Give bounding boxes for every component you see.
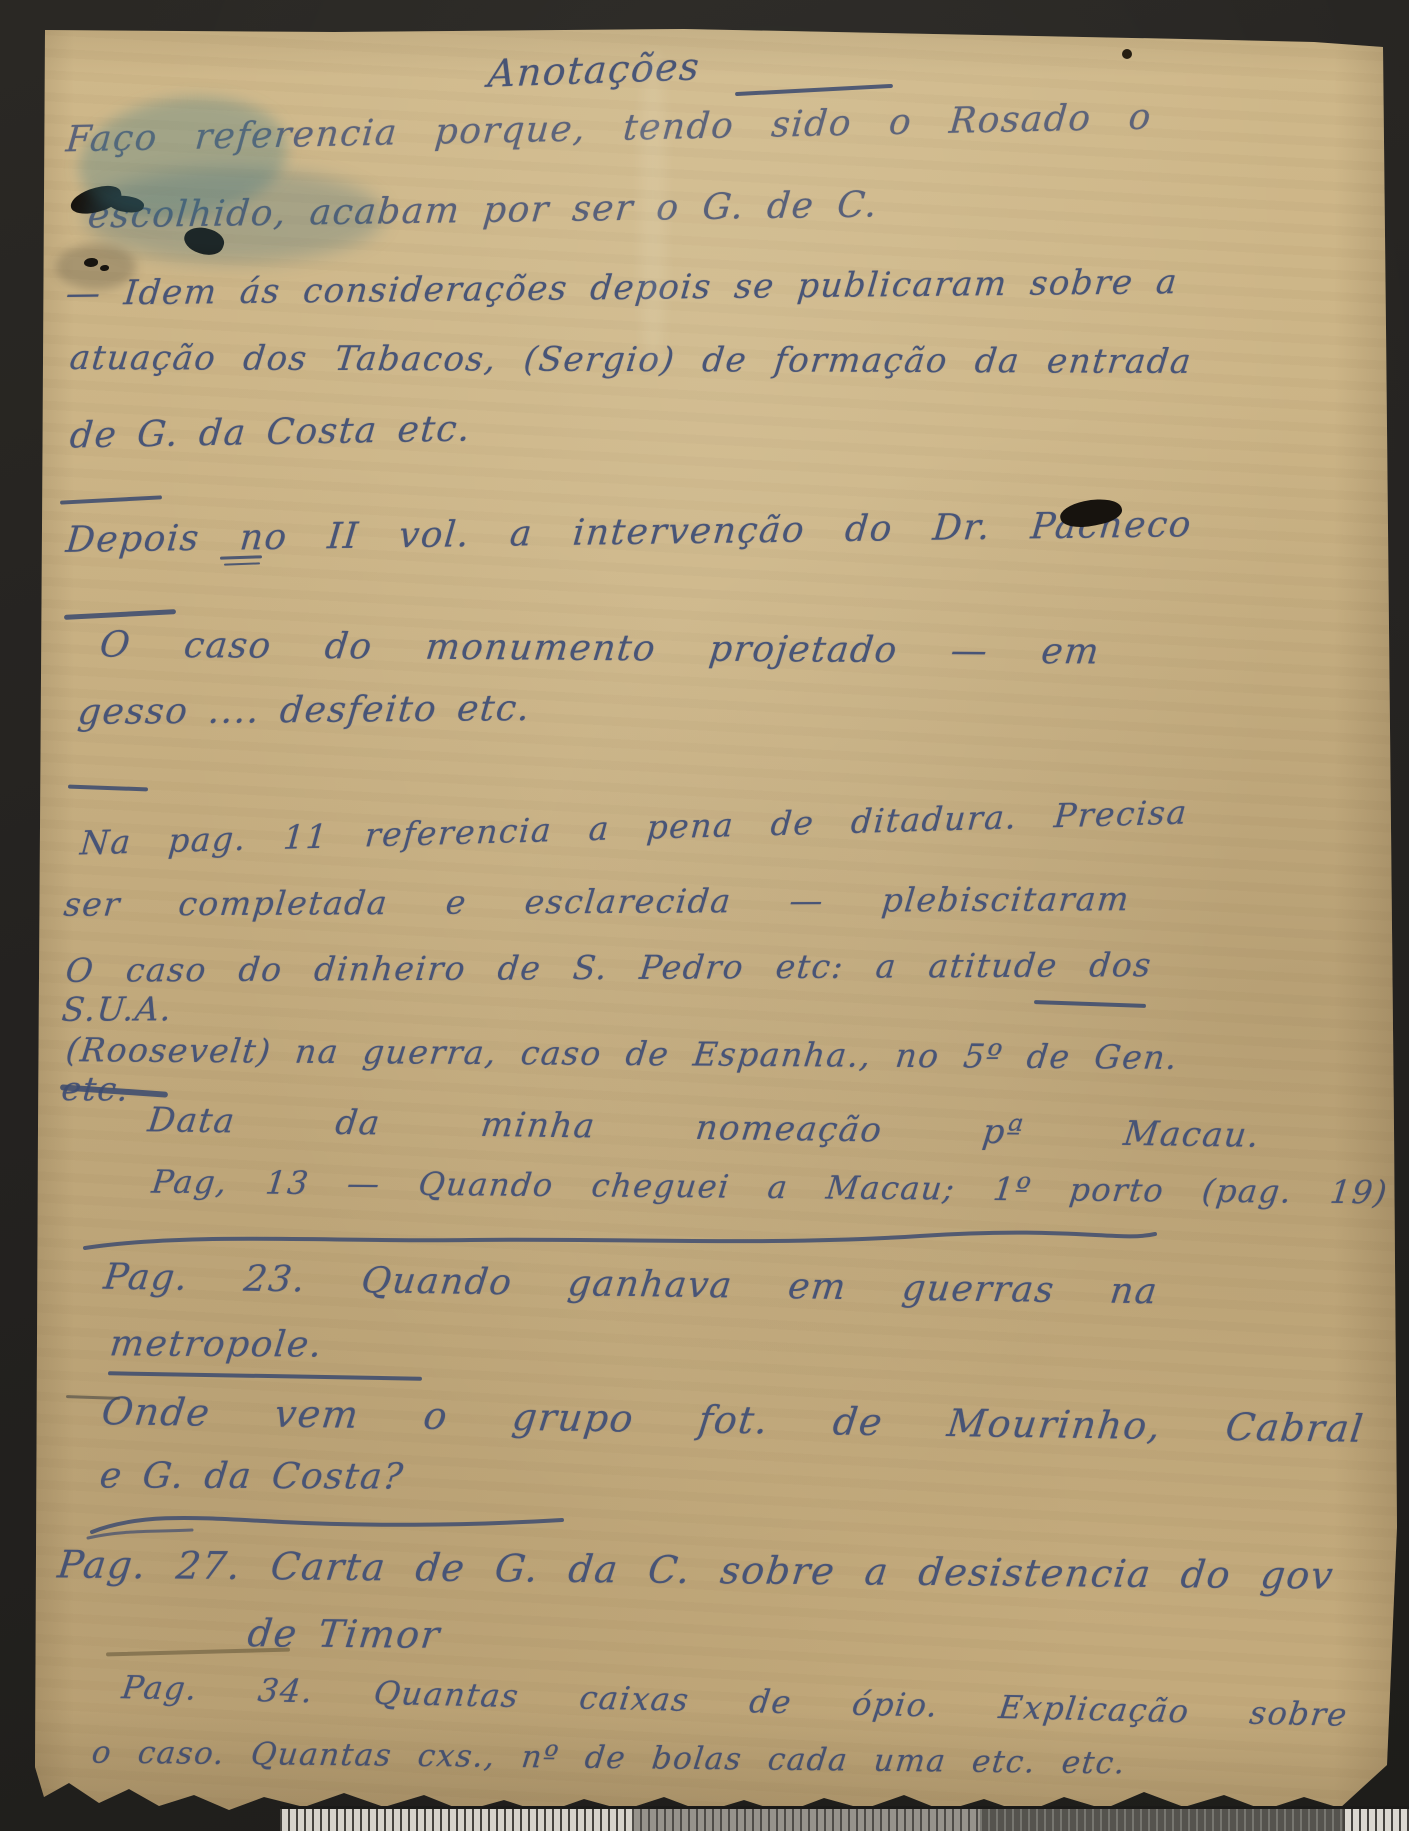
manuscript-line: e G. da Costa? <box>98 1455 406 1497</box>
ruler-band-dark <box>980 1809 1343 1831</box>
manuscript-line: Depois no II vol. a intervenção do Dr. P… <box>64 504 1194 561</box>
underline-ii <box>224 562 260 565</box>
ink-speck <box>100 265 109 271</box>
underline-metropole <box>108 1371 422 1380</box>
manuscript-line: gesso .... desfeito etc. <box>76 688 532 733</box>
manuscript-line: O caso do monumento projetado — em <box>98 625 1103 673</box>
separator-wavy-line <box>70 1222 1170 1262</box>
margin-dash <box>68 785 148 792</box>
underline-ii <box>220 555 262 559</box>
manuscript-line: Pag, 13 — Quando cheguei a Macau; 1º por… <box>150 1163 1390 1212</box>
separator-wavy-line <box>82 1500 582 1545</box>
manuscript-line: O caso do dinheiro de S. Pedro etc: a at… <box>60 945 1154 1029</box>
margin-dash <box>60 495 162 504</box>
margin-dash <box>66 1395 120 1400</box>
manuscript-line: Pag. 23. Quando ganhava em guerras na <box>102 1257 1161 1313</box>
ruler-band-light <box>280 1809 632 1831</box>
margin-dash <box>64 609 176 620</box>
manuscript-line: — Idem ás considerações depois se public… <box>64 262 1180 314</box>
manuscript-line: ser completada e esclarecida — plebiscit… <box>62 879 1132 924</box>
manuscript-line: Onde vem o grupo fot. de Mourinho, Cabra… <box>99 1389 1366 1451</box>
manuscript-line: o caso. Quantas cxs., nº de bolas cada u… <box>90 1735 1128 1782</box>
strike-mark <box>735 84 893 96</box>
photo-background: Anotações Faço referencia porque, tendo … <box>0 0 1409 1831</box>
manuscript-line: atuação dos Tabacos, (Sergio) de formaçã… <box>68 338 1194 382</box>
manuscript-line: de G. da Costa etc. <box>68 408 473 456</box>
manuscript-line: Pag. 27. Carta de G. da C. sobre a desis… <box>56 1542 1337 1597</box>
paper-sheet: Anotações Faço referencia porque, tendo … <box>34 27 1408 1819</box>
manuscript-line: Na pag. 11 referencia a pena de ditadura… <box>79 792 1190 862</box>
manuscript-line: Faço referencia porque, tendo sido o Ros… <box>64 97 1153 161</box>
manuscript-line: Pag. 34. Quantas caixas de ópio. Explica… <box>120 1668 1351 1734</box>
scale-ruler <box>280 1806 1409 1831</box>
manuscript-title: Anotações <box>487 44 702 96</box>
manuscript-line: metropole. <box>108 1323 325 1365</box>
ruler-band-light <box>1343 1809 1409 1831</box>
ruler-band-mid <box>632 1809 980 1831</box>
ink-speck <box>84 258 98 267</box>
pin-hole <box>1122 49 1132 59</box>
